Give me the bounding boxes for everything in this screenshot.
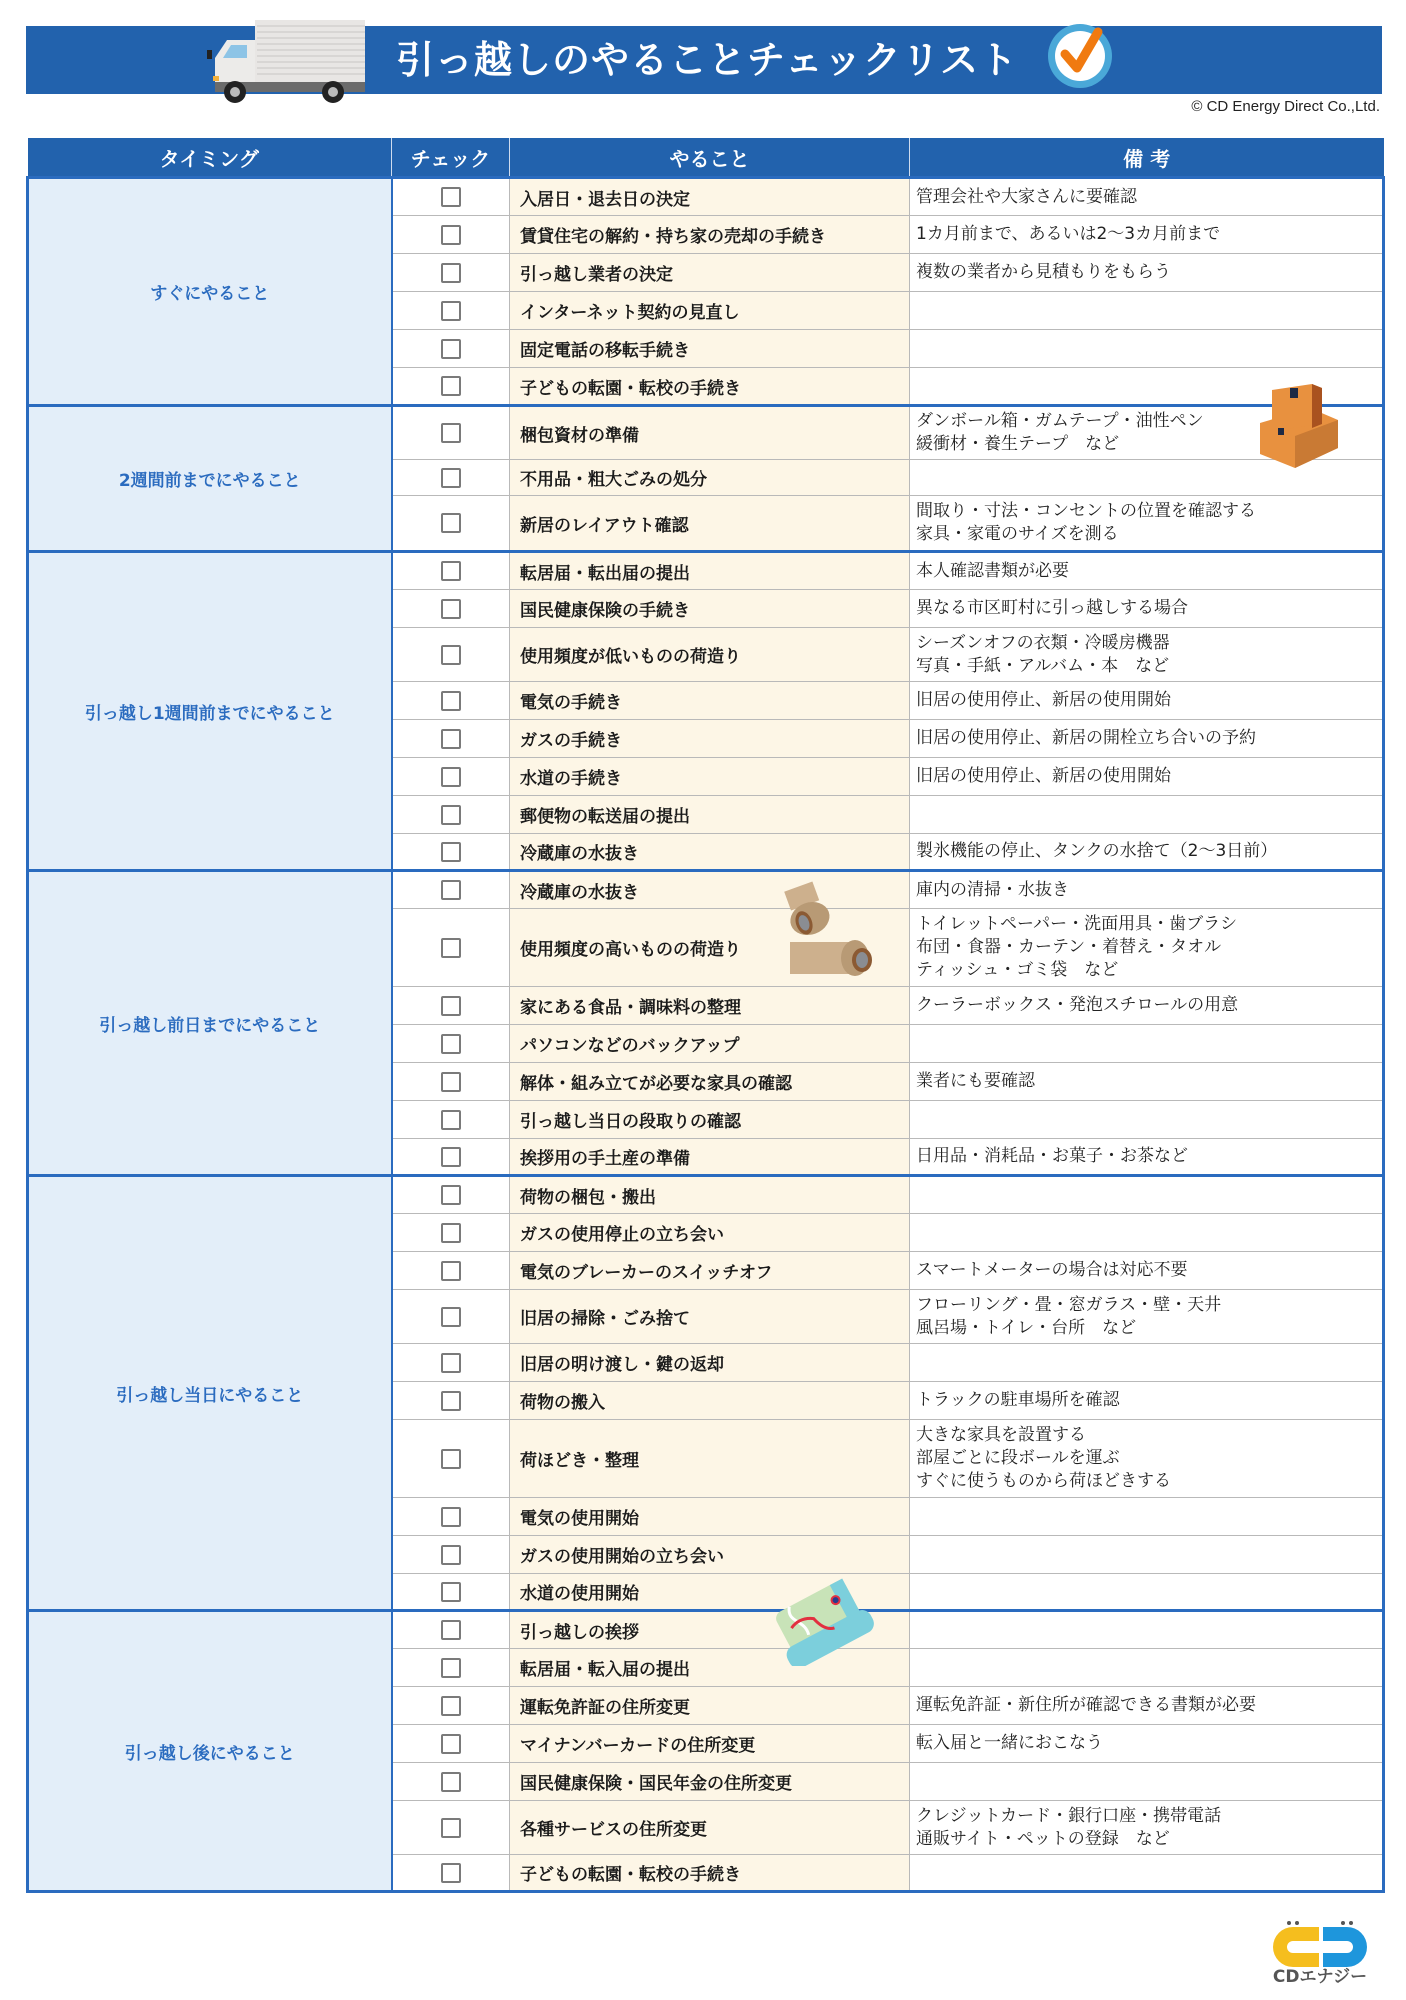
timing-group-label: 引っ越し前日までにやること <box>28 871 392 1176</box>
task-checkbox[interactable] <box>441 513 461 533</box>
task-checkbox[interactable] <box>441 1391 461 1411</box>
task-note: 旧居の使用停止、新居の使用開始 <box>910 682 1384 720</box>
task-note <box>910 1176 1384 1214</box>
task-note: 間取り・寸法・コンセントの位置を確認する 家具・家電のサイズを測る <box>910 496 1384 552</box>
check-cell <box>392 1420 510 1498</box>
timing-group-label: 引っ越し後にやること <box>28 1611 392 1892</box>
task-checkbox[interactable] <box>441 1620 461 1640</box>
check-cell <box>392 552 510 590</box>
task-label: ガスの使用開始の立ち会い <box>510 1536 910 1574</box>
task-checkbox[interactable] <box>441 561 461 581</box>
task-label: 電気のブレーカーのスイッチオフ <box>510 1252 910 1290</box>
task-checkbox[interactable] <box>441 1545 461 1565</box>
task-note: 転入届と一緒におこなう <box>910 1725 1384 1763</box>
check-cell <box>392 1101 510 1139</box>
check-cell <box>392 834 510 871</box>
check-cell <box>392 292 510 330</box>
task-label: 家にある食品・調味料の整理 <box>510 987 910 1025</box>
check-cell <box>392 460 510 496</box>
table-row: 引っ越し前日までにやること冷蔵庫の水抜き庫内の清掃・水抜き <box>28 871 1384 909</box>
check-cell <box>392 1801 510 1855</box>
timing-group-label: 引っ越し1週間前までにやること <box>28 552 392 871</box>
task-label: 電気の手続き <box>510 682 910 720</box>
task-checkbox[interactable] <box>441 1353 461 1373</box>
task-label: 挨拶用の手土産の準備 <box>510 1139 910 1176</box>
task-checkbox[interactable] <box>441 1034 461 1054</box>
timing-group-label: すぐにやること <box>28 178 392 406</box>
column-header-task: やること <box>510 138 910 178</box>
task-checkbox[interactable] <box>441 599 461 619</box>
check-cell <box>392 1855 510 1892</box>
task-note: クレジットカード・銀行口座・携帯電話 通販サイト・ペットの登録 など <box>910 1801 1384 1855</box>
task-checkbox[interactable] <box>441 1072 461 1092</box>
checklist-table: タイミング チェック やること 備 考 すぐにやること入居日・退去日の決定管理会… <box>26 138 1385 1893</box>
task-note: シーズンオフの衣類・冷暖房機器 写真・手紙・アルバム・本 など <box>910 628 1384 682</box>
check-cell <box>392 1290 510 1344</box>
task-label: 各種サービスの住所変更 <box>510 1801 910 1855</box>
check-cell <box>392 496 510 552</box>
check-cell <box>392 330 510 368</box>
check-cell <box>392 1025 510 1063</box>
gift-towel-icon <box>760 1578 880 1666</box>
task-note <box>910 1574 1384 1611</box>
task-note <box>910 292 1384 330</box>
task-checkbox[interactable] <box>441 1110 461 1130</box>
check-cell <box>392 254 510 292</box>
task-checkbox[interactable] <box>441 1772 461 1792</box>
checkmark-circle-icon <box>1040 10 1120 90</box>
check-cell <box>392 178 510 216</box>
task-note <box>910 1101 1384 1139</box>
task-note <box>910 1763 1384 1801</box>
task-checkbox[interactable] <box>441 938 461 958</box>
task-checkbox[interactable] <box>441 301 461 321</box>
task-label: 新居のレイアウト確認 <box>510 496 910 552</box>
task-note: トイレットペーパー・洗面用具・歯ブラシ 布団・食器・カーテン・着替え・タオル テ… <box>910 909 1384 987</box>
task-label: 転居届・転出届の提出 <box>510 552 910 590</box>
task-label: 荷ほどき・整理 <box>510 1420 910 1498</box>
task-checkbox[interactable] <box>441 1696 461 1716</box>
task-checkbox[interactable] <box>441 645 461 665</box>
task-label: 入居日・退去日の決定 <box>510 178 910 216</box>
task-label: 梱包資材の準備 <box>510 406 910 460</box>
task-note <box>910 796 1384 834</box>
table-row: 引っ越し1週間前までにやること転居届・転出届の提出本人確認書類が必要 <box>28 552 1384 590</box>
table-header-row: タイミング チェック やること 備 考 <box>28 138 1384 178</box>
task-note: 大きな家具を設置する 部屋ごとに段ボールを運ぶ すぐに使うものから荷ほどきする <box>910 1420 1384 1498</box>
task-label: パソコンなどのバックアップ <box>510 1025 910 1063</box>
task-label: 郵便物の転送届の提出 <box>510 796 910 834</box>
copyright-notice: © CD Energy Direct Co.,Ltd. <box>1191 98 1380 115</box>
task-label: 荷物の梱包・搬出 <box>510 1176 910 1214</box>
task-checkbox[interactable] <box>441 729 461 749</box>
task-note <box>910 1611 1384 1649</box>
task-checkbox[interactable] <box>441 423 461 443</box>
task-label: 解体・組み立てが必要な家具の確認 <box>510 1063 910 1101</box>
task-checkbox[interactable] <box>441 1582 461 1602</box>
table-row: すぐにやること入居日・退去日の決定管理会社や大家さんに要確認 <box>28 178 1384 216</box>
check-cell <box>392 1649 510 1687</box>
task-label: マイナンバーカードの住所変更 <box>510 1725 910 1763</box>
task-label: 旧居の明け渡し・鍵の返却 <box>510 1344 910 1382</box>
task-label: 子どもの転園・転校の手続き <box>510 368 910 406</box>
task-checkbox[interactable] <box>441 1658 461 1678</box>
task-checkbox[interactable] <box>441 376 461 396</box>
task-note: スマートメーターの場合は対応不要 <box>910 1252 1384 1290</box>
check-cell <box>392 590 510 628</box>
task-checkbox[interactable] <box>441 1307 461 1327</box>
task-note <box>910 1025 1384 1063</box>
task-note: 旧居の使用停止、新居の開栓立ち合いの予約 <box>910 720 1384 758</box>
task-note <box>910 330 1384 368</box>
task-note: 複数の業者から見積もりをもらう <box>910 254 1384 292</box>
check-cell <box>392 987 510 1025</box>
task-label: 旧居の掃除・ごみ捨て <box>510 1290 910 1344</box>
task-checkbox[interactable] <box>441 691 461 711</box>
check-cell <box>392 871 510 909</box>
check-cell <box>392 216 510 254</box>
timing-group-label: 2週間前までにやること <box>28 406 392 552</box>
task-checkbox[interactable] <box>441 263 461 283</box>
task-note: 本人確認書類が必要 <box>910 552 1384 590</box>
task-checkbox[interactable] <box>441 468 461 488</box>
task-checkbox[interactable] <box>441 187 461 207</box>
task-note: 庫内の清掃・水抜き <box>910 871 1384 909</box>
task-checkbox[interactable] <box>441 996 461 1016</box>
task-note: 運転免許証・新住所が確認できる書類が必要 <box>910 1687 1384 1725</box>
check-cell <box>392 1176 510 1214</box>
check-cell <box>392 758 510 796</box>
check-cell <box>392 1498 510 1536</box>
task-label: 固定電話の移転手続き <box>510 330 910 368</box>
task-label: 国民健康保険・国民年金の住所変更 <box>510 1763 910 1801</box>
check-cell <box>392 1611 510 1649</box>
check-cell <box>392 628 510 682</box>
column-header-check: チェック <box>392 138 510 178</box>
task-note: 製氷機能の停止、タンクの水捨て（2〜3日前） <box>910 834 1384 871</box>
check-cell <box>392 720 510 758</box>
task-label: 引っ越し当日の段取りの確認 <box>510 1101 910 1139</box>
task-note <box>910 1498 1384 1536</box>
task-checkbox[interactable] <box>441 1147 461 1167</box>
task-note <box>910 1855 1384 1892</box>
task-label: 運転免許証の住所変更 <box>510 1687 910 1725</box>
check-cell <box>392 1536 510 1574</box>
check-cell <box>392 1214 510 1252</box>
task-note: トラックの駐車場所を確認 <box>910 1382 1384 1420</box>
check-cell <box>392 909 510 987</box>
task-checkbox[interactable] <box>441 842 461 862</box>
task-label: インターネット契約の見直し <box>510 292 910 330</box>
check-cell <box>392 1763 510 1801</box>
task-note <box>910 1214 1384 1252</box>
check-cell <box>392 1574 510 1611</box>
check-cell <box>392 1725 510 1763</box>
column-header-timing: タイミング <box>28 138 392 178</box>
task-label: ガスの使用停止の立ち会い <box>510 1214 910 1252</box>
table-row: 引っ越し当日にやること荷物の梱包・搬出 <box>28 1176 1384 1214</box>
task-label: 荷物の搬入 <box>510 1382 910 1420</box>
task-checkbox[interactable] <box>441 1863 461 1883</box>
task-label: 電気の使用開始 <box>510 1498 910 1536</box>
table-row: 2週間前までにやること梱包資材の準備ダンボール箱・ガムテープ・油性ペン 緩衝材・… <box>28 406 1384 460</box>
task-label: 国民健康保険の手続き <box>510 590 910 628</box>
task-checkbox[interactable] <box>441 1734 461 1754</box>
task-checkbox[interactable] <box>441 1818 461 1838</box>
task-note: 1カ月前まで、あるいは2〜3カ月前まで <box>910 216 1384 254</box>
check-cell <box>392 1139 510 1176</box>
check-cell <box>392 1063 510 1101</box>
task-checkbox[interactable] <box>441 767 461 787</box>
check-cell <box>392 796 510 834</box>
task-checkbox[interactable] <box>441 1261 461 1281</box>
check-cell <box>392 1252 510 1290</box>
task-note: 異なる市区町村に引っ越しする場合 <box>910 590 1384 628</box>
task-note: 旧居の使用停止、新居の使用開始 <box>910 758 1384 796</box>
task-checkbox[interactable] <box>441 225 461 245</box>
task-label: 引っ越し業者の決定 <box>510 254 910 292</box>
truck-icon <box>205 18 365 104</box>
task-note: クーラーボックス・発泡スチロールの用意 <box>910 987 1384 1025</box>
task-checkbox[interactable] <box>441 1449 461 1469</box>
task-label: 使用頻度が低いものの荷造り <box>510 628 910 682</box>
logo-text: CDエナジー <box>1270 1962 1370 1987</box>
check-cell <box>392 406 510 460</box>
task-label: ガスの手続き <box>510 720 910 758</box>
task-label: 水道の手続き <box>510 758 910 796</box>
check-cell <box>392 1382 510 1420</box>
check-cell <box>392 1344 510 1382</box>
task-note: 業者にも要確認 <box>910 1063 1384 1101</box>
check-cell <box>392 368 510 406</box>
task-note <box>910 1649 1384 1687</box>
task-checkbox[interactable] <box>441 805 461 825</box>
packing-tape-icon <box>780 880 880 980</box>
task-checkbox[interactable] <box>441 1223 461 1243</box>
task-note: 管理会社や大家さんに要確認 <box>910 178 1384 216</box>
task-label: 子どもの転園・転校の手続き <box>510 1855 910 1892</box>
task-note <box>910 1536 1384 1574</box>
cardboard-boxes-icon <box>1250 378 1345 470</box>
column-header-notes: 備 考 <box>910 138 1384 178</box>
task-note: 日用品・消耗品・お菓子・お茶など <box>910 1139 1384 1176</box>
checklist-body: すぐにやること入居日・退去日の決定管理会社や大家さんに要確認賃貸住宅の解約・持ち… <box>28 178 1384 1892</box>
task-checkbox[interactable] <box>441 1507 461 1527</box>
check-cell <box>392 682 510 720</box>
task-label: 賃貸住宅の解約・持ち家の売却の手続き <box>510 216 910 254</box>
page-title: 引っ越しのやることチェックリスト <box>396 26 1018 94</box>
task-checkbox[interactable] <box>441 339 461 359</box>
task-label: 不用品・粗大ごみの処分 <box>510 460 910 496</box>
task-checkbox[interactable] <box>441 1185 461 1205</box>
timing-group-label: 引っ越し当日にやること <box>28 1176 392 1611</box>
check-cell <box>392 1687 510 1725</box>
table-row: 引っ越し後にやること引っ越しの挨拶 <box>28 1611 1384 1649</box>
task-note: フローリング・畳・窓ガラス・壁・天井 風呂場・トイレ・台所 など <box>910 1290 1384 1344</box>
task-note <box>910 1344 1384 1382</box>
task-label: 冷蔵庫の水抜き <box>510 834 910 871</box>
task-checkbox[interactable] <box>441 880 461 900</box>
